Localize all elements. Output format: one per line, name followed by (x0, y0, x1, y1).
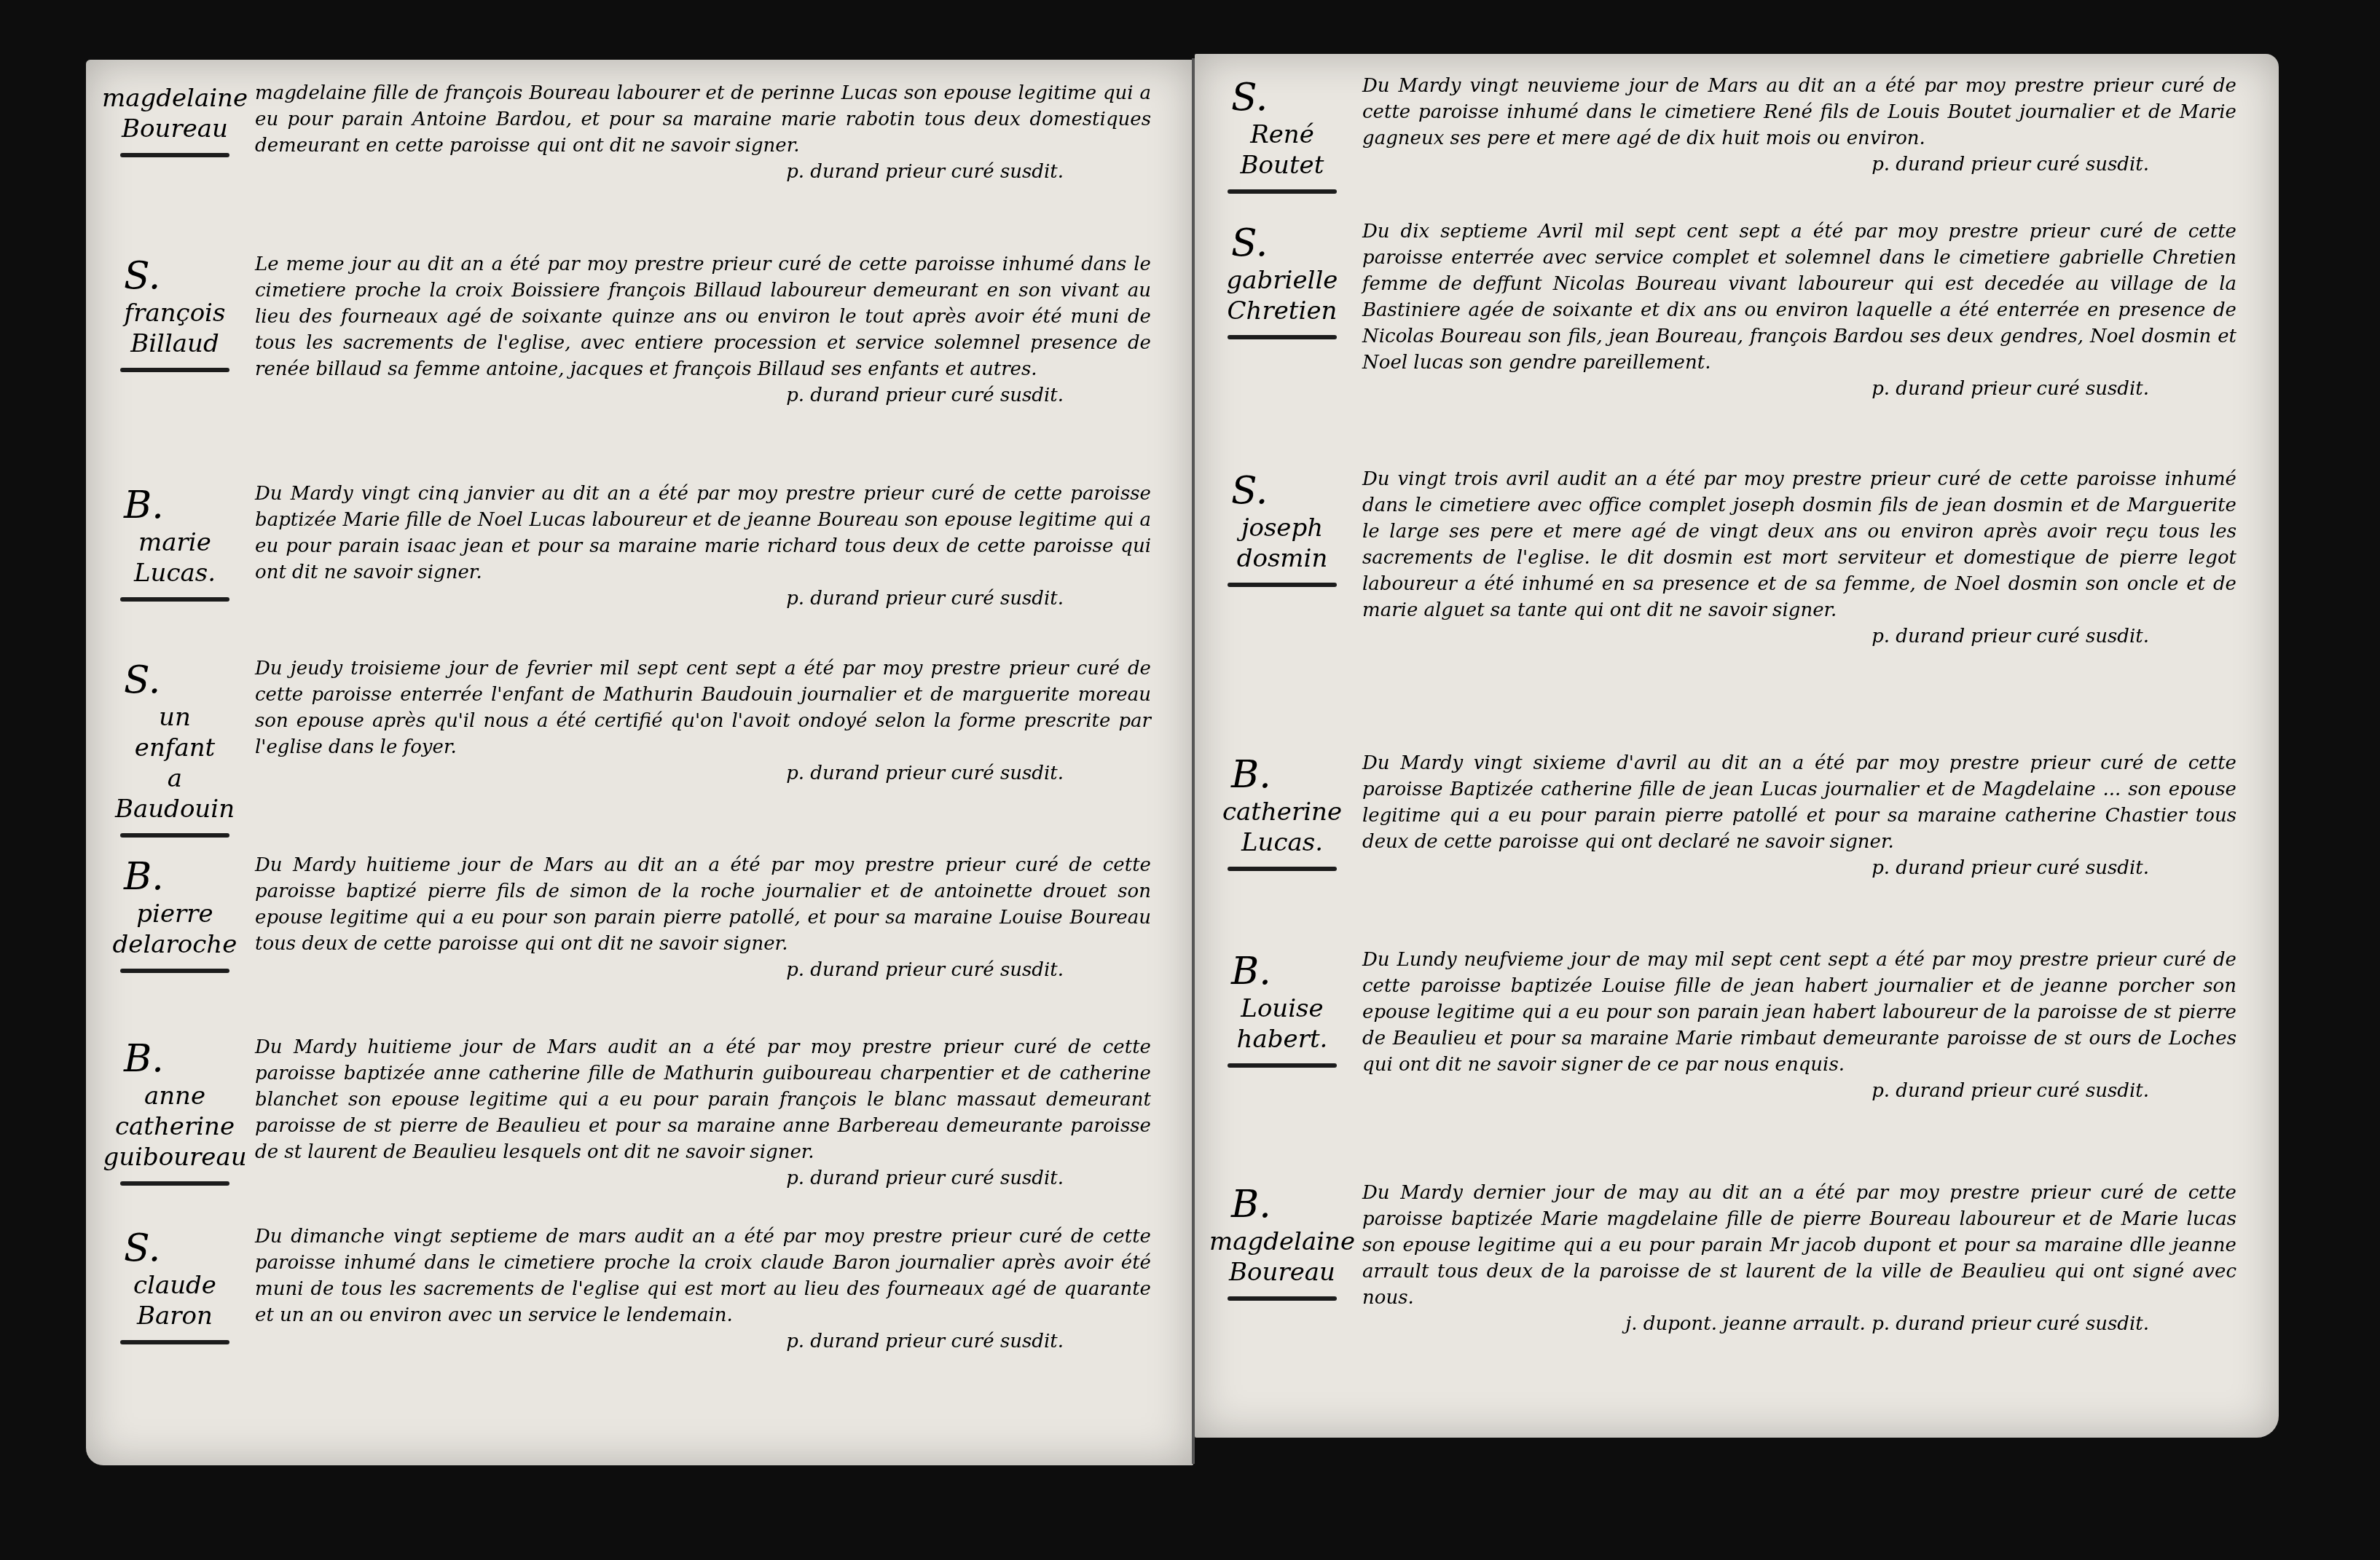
register-entry: B. Louise habert. Du Lundy neufvieme jou… (1202, 947, 2266, 1104)
register-entry: B. magdelaine Boureau Du Mardy dernier j… (1202, 1180, 2266, 1337)
margin-name: Boureau (1202, 1257, 1362, 1288)
margin-rule (1228, 189, 1337, 194)
register-entry: S. René Boutet Du Mardy vingt neuvieme j… (1202, 73, 2266, 194)
signature: p. durand prieur curé susdit. (1362, 623, 2236, 650)
margin-annotation: S. joseph dosmin (1202, 466, 1362, 650)
register-entry: S. françois Billaud Le meme jour au dit … (95, 251, 1180, 409)
margin-name: magdelaine (1202, 1226, 1362, 1257)
register-entry: B. anne catherine guiboureau Du Mardy hu… (95, 1034, 1180, 1191)
signature: p. durand prieur curé susdit. (1362, 855, 2236, 881)
margin-name: magdelaine (95, 83, 255, 114)
margin-name: françois (95, 298, 255, 328)
margin-name: Louise (1202, 993, 1362, 1024)
margin-annotation: B. pierre delaroche (95, 852, 255, 983)
margin-name: Boutet (1202, 150, 1362, 181)
margin-annotation: S. René Boutet (1202, 73, 1362, 194)
entry-text: magdelaine fille de françois Boureau lab… (255, 80, 1180, 185)
register-entry: B. pierre delaroche Du Mardy huitieme jo… (95, 852, 1180, 983)
margin-rule (1228, 583, 1337, 587)
margin-rule (120, 597, 229, 602)
margin-name: catherine (1202, 797, 1362, 827)
signature: p. durand prieur curé susdit. (255, 1328, 1151, 1355)
entry-text: Du Mardy vingt neuvieme jour de Mars au … (1362, 73, 2266, 194)
margin-rule (1228, 335, 1337, 339)
entry-type-code: S. (95, 254, 255, 298)
signature: p. durand prieur curé susdit. (1362, 376, 2236, 402)
signature: p. durand prieur curé susdit. (255, 586, 1151, 612)
margin-name: catherine (95, 1111, 255, 1142)
register-entry: magdelaine Boureau magdelaine fille de f… (95, 80, 1180, 185)
entry-text: Du Mardy vingt sixieme d'avril au dit an… (1362, 750, 2266, 881)
margin-name: dosmin (1202, 543, 1362, 574)
signature: p. durand prieur curé susdit. (255, 760, 1151, 787)
margin-annotation: B. Louise habert. (1202, 947, 1362, 1104)
register-entry: S. gabrielle Chretien Du dix septieme Av… (1202, 218, 2266, 402)
margin-rule (120, 368, 229, 372)
entry-text: Du Mardy huitieme jour de Mars audit an … (255, 1034, 1180, 1191)
register-entry: S. claude Baron Du dimanche vingt septie… (95, 1224, 1180, 1355)
signature: p. durand prieur curé susdit. (255, 957, 1151, 983)
signature: p. durand prieur curé susdit. (1362, 1078, 2236, 1104)
margin-name: Billaud (95, 328, 255, 359)
signature: p. durand prieur curé susdit. (255, 159, 1151, 185)
margin-annotation: S. claude Baron (95, 1224, 255, 1355)
margin-name: claude (95, 1270, 255, 1301)
margin-annotation: magdelaine Boureau (95, 80, 255, 185)
signature: p. durand prieur curé susdit. (1362, 151, 2236, 178)
margin-name: gabrielle (1202, 265, 1362, 296)
entry-type-code: S. (1202, 221, 1362, 265)
entry-type-code: B. (1202, 753, 1362, 797)
margin-name: a (95, 763, 255, 794)
signature: p. durand prieur curé susdit. (255, 382, 1151, 409)
margin-rule (120, 153, 229, 157)
entry-type-code: B. (1202, 950, 1362, 993)
margin-rule (120, 969, 229, 973)
entry-type-code: S. (1202, 469, 1362, 513)
margin-rule (120, 833, 229, 838)
entry-type-code: S. (95, 658, 255, 702)
entry-text: Du vingt trois avril audit an a été par … (1362, 466, 2266, 650)
entry-type-code: B. (95, 1037, 255, 1081)
margin-name: guiboureau (95, 1142, 255, 1173)
margin-annotation: B. marie Lucas. (95, 481, 255, 612)
signature: j. dupont. jeanne arrault. p. durand pri… (1362, 1311, 2236, 1337)
margin-rule (1228, 1063, 1337, 1068)
register-entry: B. catherine Lucas. Du Mardy vingt sixie… (1202, 750, 2266, 881)
margin-name: joseph (1202, 513, 1362, 543)
margin-name: enfant (95, 733, 255, 763)
margin-name: Baudouin (95, 794, 255, 824)
margin-name: Lucas. (1202, 827, 1362, 858)
entry-text: Du Mardy dernier jour de may au dit an a… (1362, 1180, 2266, 1337)
entry-type-code: B. (95, 855, 255, 899)
margin-name: marie (95, 527, 255, 558)
entry-text: Du Mardy huitieme jour de Mars au dit an… (255, 852, 1180, 983)
margin-name: habert. (1202, 1024, 1362, 1055)
register-entry: S. un enfant a Baudouin Du jeudy troisie… (95, 655, 1180, 838)
margin-annotation: S. françois Billaud (95, 251, 255, 409)
margin-name: pierre (95, 899, 255, 929)
margin-annotation: B. magdelaine Boureau (1202, 1180, 1362, 1337)
margin-name: René (1202, 119, 1362, 150)
entry-type-code: B. (95, 484, 255, 527)
margin-name: Chretien (1202, 296, 1362, 326)
entry-text: Du dix septieme Avril mil sept cent sept… (1362, 218, 2266, 402)
margin-rule (1228, 867, 1337, 871)
margin-annotation: B. catherine Lucas. (1202, 750, 1362, 881)
entry-text: Le meme jour au dit an a été par moy pre… (255, 251, 1180, 409)
margin-annotation: B. anne catherine guiboureau (95, 1034, 255, 1191)
entry-text: Du Mardy vingt cinq janvier au dit an a … (255, 481, 1180, 612)
margin-annotation: S. un enfant a Baudouin (95, 655, 255, 838)
margin-name: Boureau (95, 114, 255, 144)
entry-type-code: S. (95, 1226, 255, 1270)
signature: p. durand prieur curé susdit. (255, 1165, 1151, 1191)
margin-name: Baron (95, 1301, 255, 1331)
margin-rule (120, 1181, 229, 1186)
entry-type-code: S. (1202, 76, 1362, 119)
margin-name: Lucas. (95, 558, 255, 588)
margin-rule (1228, 1296, 1337, 1301)
margin-name: un (95, 702, 255, 733)
margin-name: anne (95, 1081, 255, 1111)
entry-text: Du dimanche vingt septieme de mars audit… (255, 1224, 1180, 1355)
margin-name: delaroche (95, 929, 255, 960)
entry-text: Du Lundy neufvieme jour de may mil sept … (1362, 947, 2266, 1104)
entry-text: Du jeudy troisieme jour de fevrier mil s… (255, 655, 1180, 838)
register-entry: S. joseph dosmin Du vingt trois avril au… (1202, 466, 2266, 650)
margin-annotation: S. gabrielle Chretien (1202, 218, 1362, 402)
entry-type-code: B. (1202, 1183, 1362, 1226)
margin-rule (120, 1340, 229, 1344)
register-entry: B. marie Lucas. Du Mardy vingt cinq janv… (95, 481, 1180, 612)
